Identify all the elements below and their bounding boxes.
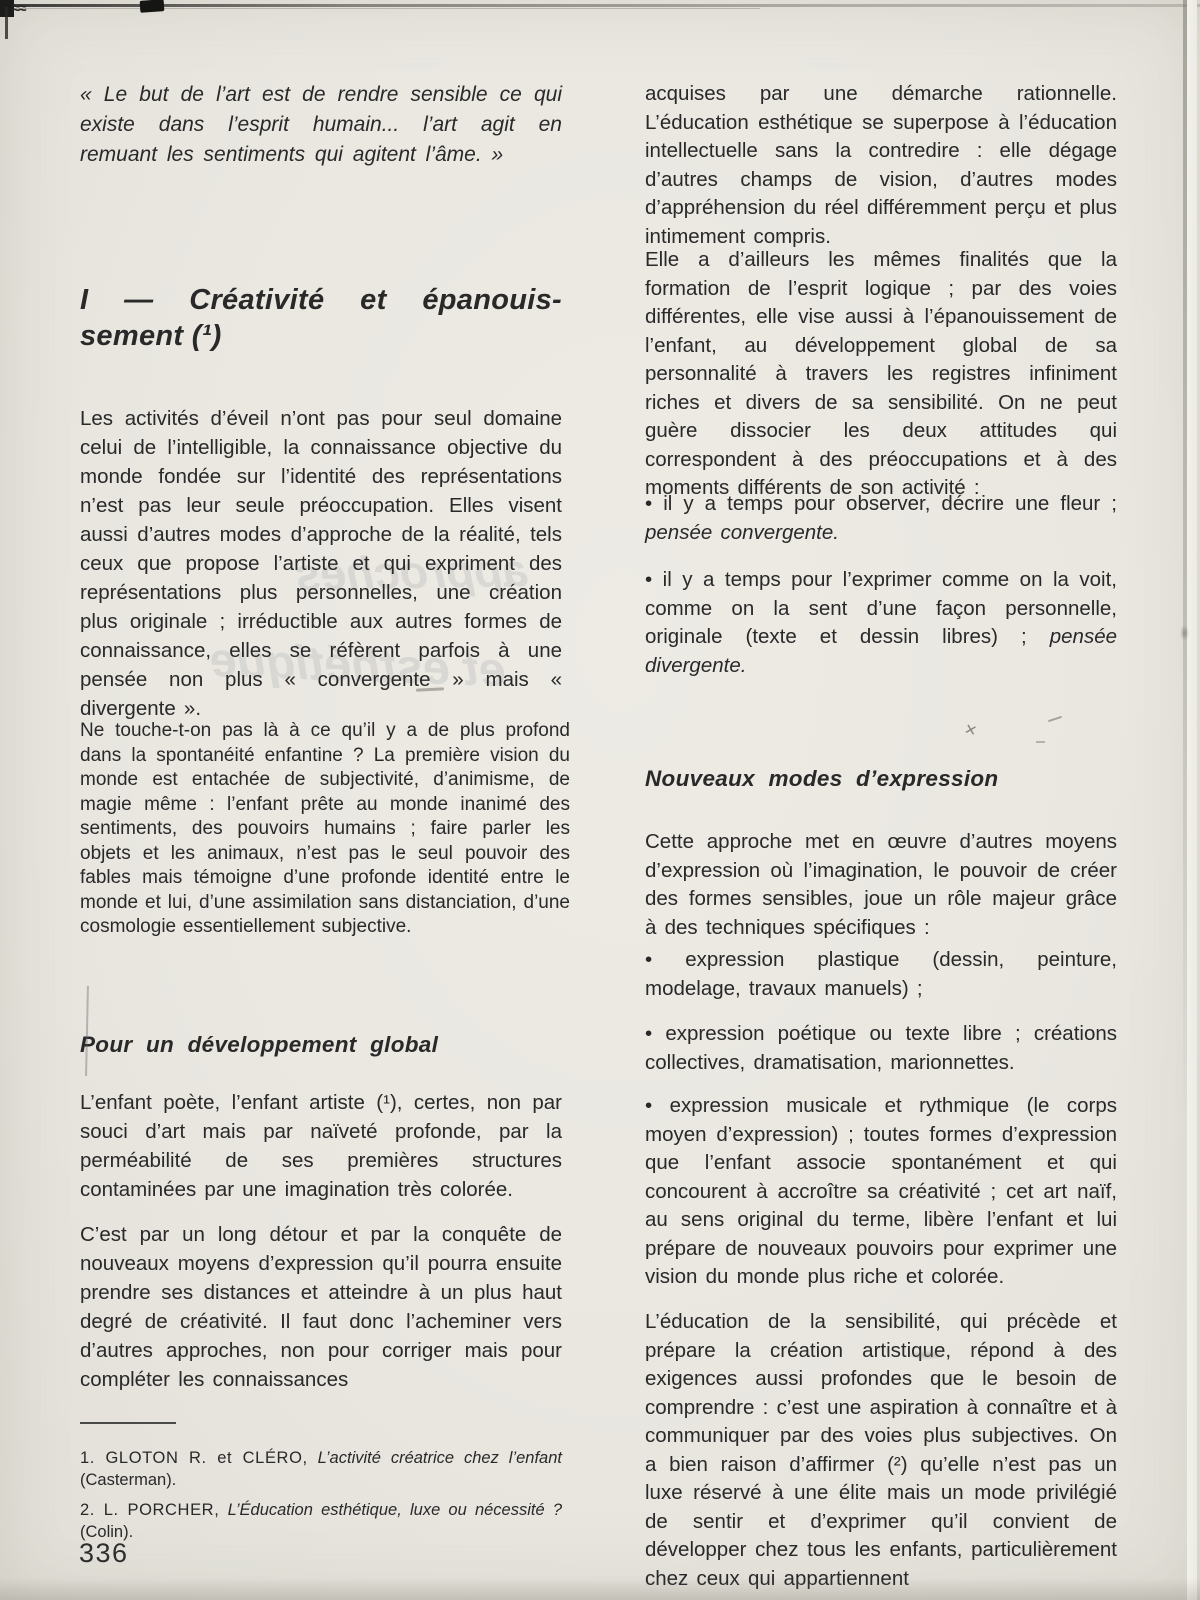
stray-speck xyxy=(1048,716,1062,722)
stray-x-mark: ✕ xyxy=(962,720,986,744)
handwritten-squiggle: ≈≈ xyxy=(12,0,58,12)
bullet-icon: • xyxy=(645,1022,652,1045)
footnote-title: L’Éducation esthétique, luxe ou nécessit… xyxy=(228,1501,562,1519)
scan-top-edge-line-faint xyxy=(0,8,760,9)
page-number: 336 xyxy=(79,1538,129,1569)
scan-left-edge-mark xyxy=(5,7,8,39)
bullet-item: • expression musicale et rythmique (le c… xyxy=(645,1092,1117,1292)
paragraph: Cette approche met en œuvre d’autres moy… xyxy=(645,828,1117,942)
scan-bottom-shadow xyxy=(0,1578,1200,1600)
paragraph: Elle a d’ailleurs les mêmes finalités qu… xyxy=(645,246,1117,503)
bullet-icon: • xyxy=(645,948,652,971)
footnote: 2. L. PORCHER, L’Éducation esthétique, l… xyxy=(80,1500,562,1543)
bullet-text: il y a temps pour l’exprimer comme on la… xyxy=(645,568,1117,648)
stray-speck xyxy=(1036,741,1045,743)
paragraph: L’enfant poète, l’enfant artiste (¹), ce… xyxy=(80,1088,562,1204)
bullet-text: il y a temps pour observer, décrire une … xyxy=(663,492,1117,515)
footnote: 1. GLOTON R. et CLÉRO, L’activité créatr… xyxy=(80,1448,562,1491)
footnote-publisher: (Casterman). xyxy=(80,1471,176,1489)
page-edge-strip xyxy=(1187,0,1197,1600)
ink-smudge xyxy=(908,1350,946,1360)
footnote-ref-authors: 2. L. PORCHER, xyxy=(80,1501,219,1519)
page-crease xyxy=(1183,0,1187,1120)
chapter-heading: I — Créativité et épanouis- sement (¹) xyxy=(80,282,562,354)
footnote-ref-authors: 1. GLOTON R. et CLÉRO, xyxy=(80,1449,308,1467)
paragraph: Les activités d’éveil n’ont pas pour seu… xyxy=(80,404,562,723)
bullet-text: expression poétique ou texte libre ; cré… xyxy=(645,1022,1117,1074)
chapter-heading-line1: I — Créativité et épanouis- xyxy=(80,282,562,318)
pencil-mark xyxy=(85,986,89,1076)
bullet-icon: • xyxy=(645,568,652,591)
bullet-text: expression plastique (dessin, peinture, … xyxy=(645,948,1117,1000)
section-heading: Pour un développement global xyxy=(80,1032,562,1058)
bullet-item: • il y a temps pour l’exprimer comme on … xyxy=(645,566,1117,680)
paragraph: C’est par un long détour et par la conqu… xyxy=(80,1220,562,1394)
bullet-text: expression musicale et rythmique (le cor… xyxy=(645,1094,1117,1288)
scan-ink-blob xyxy=(140,0,165,13)
bullet-emphasis: pensée convergente. xyxy=(645,521,839,544)
bullet-item: • expression plastique (dessin, peinture… xyxy=(645,946,1117,1003)
epigraph-quote: « Le but de l’art est de rendre sensible… xyxy=(80,80,562,170)
section-heading: Nouveaux modes d’expression xyxy=(645,766,1117,792)
scanned-book-page: approches et esthétique « Le but de l’ar… xyxy=(0,0,1200,1600)
page-crease-notch xyxy=(1180,625,1189,641)
footnote-title: L’activité créatrice chez l’enfant xyxy=(318,1449,562,1467)
footnote-rule xyxy=(80,1422,176,1424)
bullet-item: • expression poétique ou texte libre ; c… xyxy=(645,1020,1117,1077)
bullet-icon: • xyxy=(645,1094,652,1117)
bullet-item: • il y a temps pour observer, décrire un… xyxy=(645,490,1117,547)
chapter-heading-line2: sement (¹) xyxy=(80,318,562,354)
scan-top-edge-line xyxy=(0,4,1200,7)
paragraph: acquises par une démarche rationnelle. L… xyxy=(645,80,1117,251)
paragraph: Ne touche-t-on pas là à ce qu’il y a de … xyxy=(80,719,570,940)
bullet-icon: • xyxy=(645,492,652,515)
paragraph: L’éducation de la sensibilité, qui précè… xyxy=(645,1308,1117,1593)
